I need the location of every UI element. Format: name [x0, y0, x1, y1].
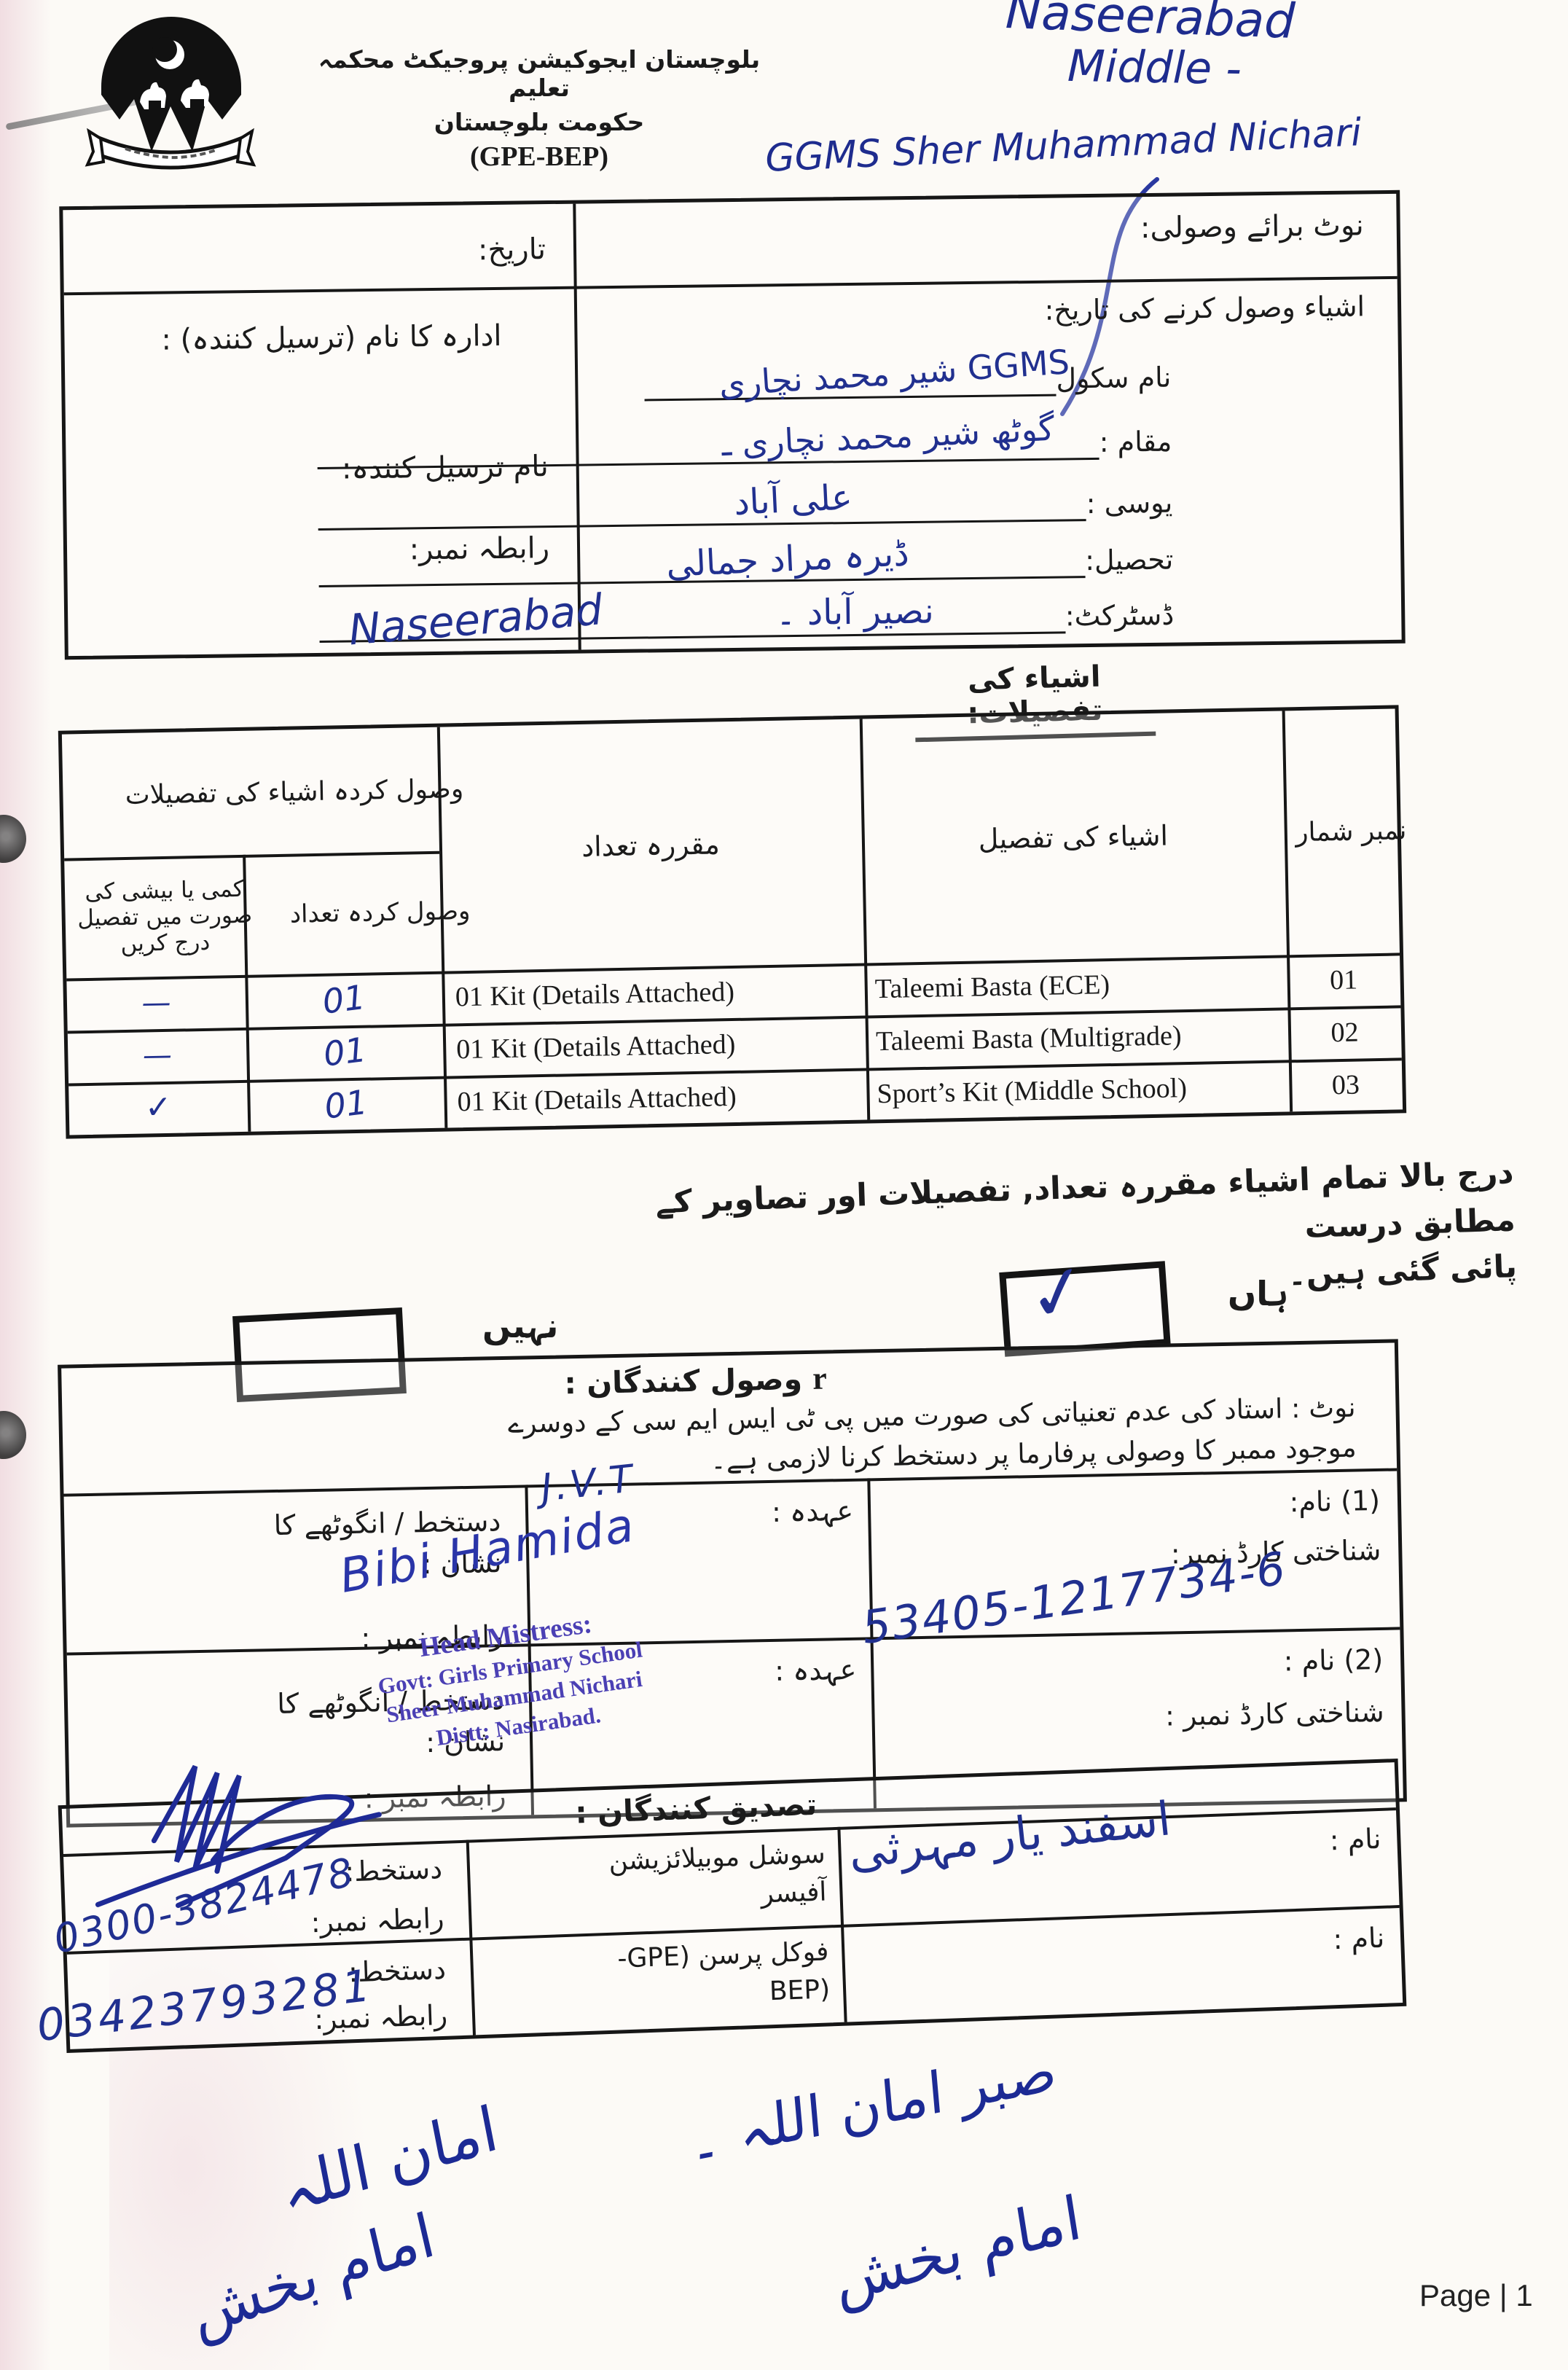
- org-name-label: ادارہ کا نام (ترسیل کنندہ) :: [64, 314, 522, 364]
- item-detail: Taleemi Basta (ECE): [864, 955, 1298, 1015]
- item-quantity: 01 Kit (Details Attached): [442, 963, 878, 1023]
- discrepancy-column-header: کمی یا بیشی کی صورت میں تفصیل درج کریں: [64, 854, 265, 978]
- item-detail: Taleemi Basta (Multigrade): [866, 1007, 1299, 1068]
- item-serial: 02: [1287, 1005, 1401, 1060]
- school-name-field: نام سکول GGMS شیر محمد نچاری: [644, 337, 1172, 402]
- footer-signature-mid-line1: صبر امان اللہ ۔: [686, 2038, 1059, 2175]
- uc-label: یوسی :: [1086, 487, 1172, 521]
- yes-checkbox[interactable]: ✓: [999, 1261, 1171, 1357]
- school-name-line: GGMS شیر محمد نچاری: [644, 336, 1057, 402]
- receipt-note-label: نوٹ برائے وصولی:: [1140, 208, 1397, 245]
- certifier1-signature: [63, 1743, 463, 1931]
- item-serial: 03: [1289, 1057, 1403, 1111]
- location-value: گوٹھ شیر محمد نچاری ـ: [721, 409, 1055, 464]
- certifiers-table: تصدیق کنندگان : نام : اسفند یار مہرثی سو…: [58, 1759, 1407, 2053]
- header-title-line1: بلوچستان ایجوکیشن پروجیکٹ محکمہ تعلیم: [291, 45, 787, 102]
- receive-date-label: اشیاء وصول کرنے کی تاریخ:: [1044, 290, 1398, 326]
- no-label: نہیں: [482, 1306, 558, 1345]
- receiver1-name-label: (1) نام:: [868, 1481, 1398, 1530]
- serial-column-header: نمبر شمار: [1282, 708, 1420, 955]
- district-line: نصیر آباد ۔ Naseerabad: [319, 573, 1066, 642]
- uc-value: علی آباد: [733, 477, 853, 523]
- receivers-title-prefix: r: [812, 1360, 827, 1396]
- received-group-header: وصول کردہ اشیاء کی تفصیلات: [62, 725, 527, 858]
- district-value-english: Naseerabad: [347, 584, 604, 654]
- balochistan-crest-icon: [82, 16, 259, 175]
- yes-label: ہاں: [1228, 1274, 1289, 1313]
- header-title-line3: (GPE-BEP): [291, 141, 787, 173]
- district-field: ڈسٹرکٹ: نصیر آباد ۔ Naseerabad: [319, 574, 1175, 643]
- district-value-urdu: نصیر آباد ۔: [775, 591, 934, 634]
- handwritten-level-note: Middle -: [1067, 41, 1242, 95]
- item-serial: 01: [1287, 953, 1400, 1007]
- handwritten-school-name-english: GGMS Sher Muhammad Nichari: [764, 111, 1363, 181]
- location-label: مقام :: [1099, 426, 1172, 460]
- scanned-receipt-form: بلوچستان ایجوکیشن پروجیکٹ محکمہ تعلیم حک…: [0, 0, 1568, 2370]
- header-title-line2: حکومت بلوچستان: [291, 108, 787, 136]
- school-name-value: GGMS شیر محمد نچاری: [718, 342, 1070, 404]
- page-number: Page | 1: [1419, 2278, 1533, 2313]
- certifier2-name-label: نام :: [842, 1918, 1401, 1976]
- location-field: مقام : گوٹھ شیر محمد نچاری ـ: [317, 401, 1172, 469]
- school-name-label: نام سکول: [1056, 361, 1171, 396]
- item-discrepancy-value: —: [66, 975, 246, 1031]
- item-quantity: 01 Kit (Details Attached): [444, 1068, 880, 1127]
- item-discrepancy-value: —: [68, 1028, 247, 1084]
- tehsil-label: تحصیل:: [1085, 544, 1174, 578]
- items-table: نمبر شمار اشیاء کی تفصیل مقررہ تعداد وصو…: [58, 705, 1406, 1138]
- receiver2-name-label: (2) نام :: [871, 1640, 1401, 1689]
- footer-signature-mid-line2: امام بخش: [829, 2183, 1086, 2318]
- detail-column-header: اشیاء کی تفصیل: [860, 711, 1287, 963]
- receivers-title-text: وصول کنندگان :: [564, 1361, 802, 1401]
- district-label: ڈسٹرکٹ:: [1065, 599, 1175, 634]
- item-discrepancy-value: ✓: [68, 1080, 248, 1135]
- received-count-column-header: وصول کردہ تعداد: [243, 850, 517, 975]
- item-quantity: 01 Kit (Details Attached): [443, 1015, 879, 1076]
- date-label: تاریخ:: [63, 227, 567, 277]
- location-line: گوٹھ شیر محمد نچاری ـ: [317, 399, 1099, 469]
- sender-receiver-info-table: تاریخ: ادارہ کا نام (ترسیل کنندہ) : نام …: [59, 190, 1405, 660]
- receiver2-cnic-label: شناختی کارڈ نمبر :: [871, 1692, 1402, 1741]
- receivers-title: r وصول کنندگان :: [469, 1358, 922, 1404]
- item-detail: Sport’s Kit (Middle School): [866, 1060, 1300, 1119]
- form-header: بلوچستان ایجوکیشن پروجیکٹ محکمہ تعلیم حک…: [291, 45, 787, 173]
